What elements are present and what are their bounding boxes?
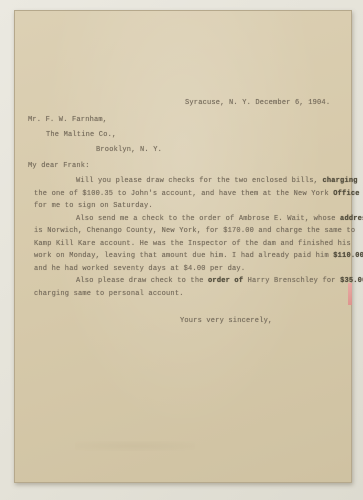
letter-closing: Yours very sincerely,: [180, 317, 272, 325]
recipient-name: Mr. F. W. Farnham,: [28, 116, 107, 124]
letter-line: Also please draw check to the order of H…: [34, 275, 346, 288]
letter-salutation: My dear Frank:: [28, 162, 90, 170]
letter-line: work on Monday, leaving that amount due …: [34, 250, 346, 263]
scanned-letter: Syracuse, N. Y. December 6, 1904. Mr. F.…: [0, 0, 363, 500]
letter-paper: Syracuse, N. Y. December 6, 1904. Mr. F.…: [14, 10, 352, 483]
recipient-company: The Maltine Co.,: [46, 131, 116, 139]
paper-smudge: [75, 441, 195, 451]
letter-line: is Norwich, Chenango County, New York, f…: [34, 225, 346, 238]
letter-body: Will you please draw checks for the two …: [34, 175, 346, 300]
letter-line: Kamp Kill Kare account. He was the Inspe…: [34, 238, 346, 251]
letter-dateline: Syracuse, N. Y. December 6, 1904.: [185, 99, 330, 107]
letter-line: charging same to personal account.: [34, 288, 346, 301]
scan-artifact: [348, 283, 352, 305]
letter-line: Also send me a check to the order of Amb…: [34, 213, 346, 226]
letter-line: and he had worked seventy days at $4.00 …: [34, 263, 346, 276]
letter-line: the one of $100.35 to John's account, an…: [34, 188, 346, 201]
recipient-city: Brooklyn, N. Y.: [96, 146, 162, 154]
letter-line: Will you please draw checks for the two …: [34, 175, 346, 188]
letter-line: for me to sign on Saturday.: [34, 200, 346, 213]
